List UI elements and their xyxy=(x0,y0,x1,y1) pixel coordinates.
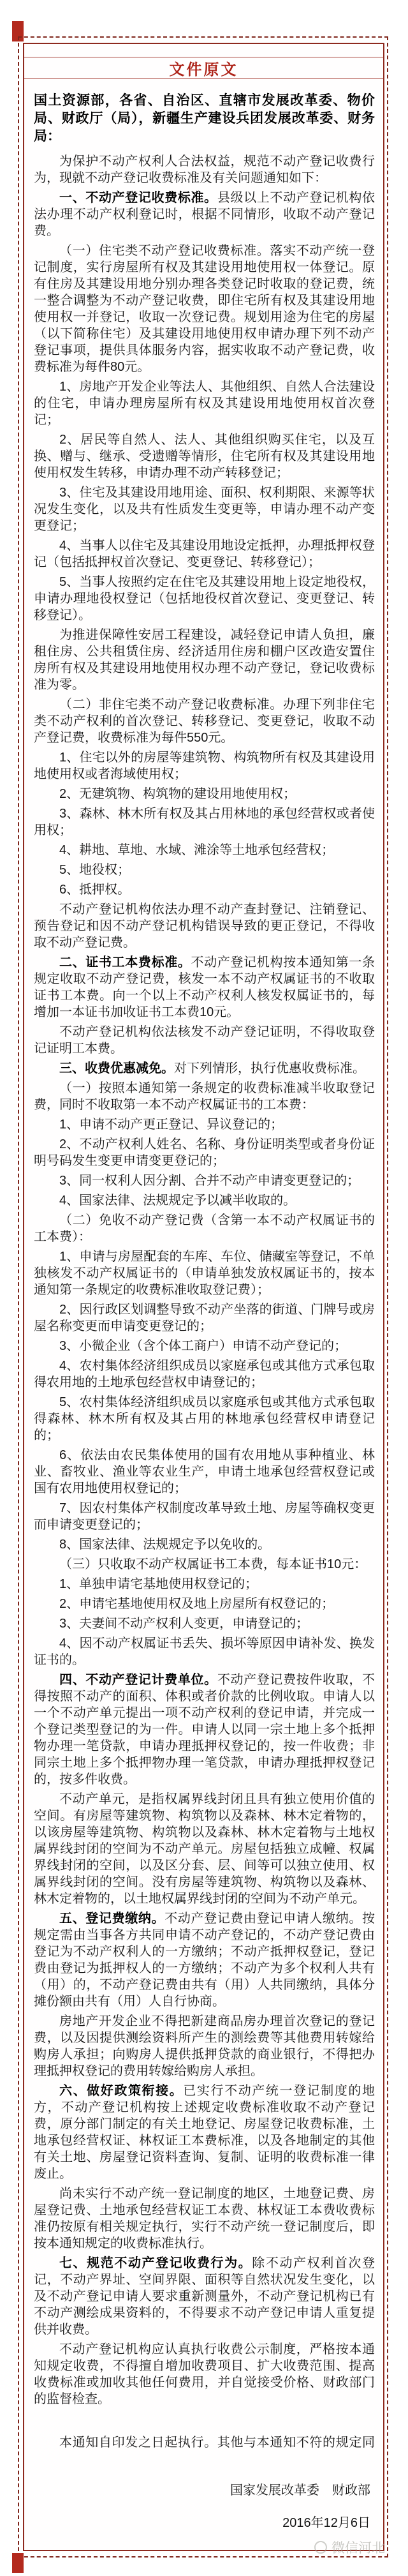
section-heading: 四、不动产登记计费单位。 xyxy=(59,1673,217,1687)
section-heading: 三、收费优惠减免。 xyxy=(59,1061,174,1075)
addressee: 国土资源部，各省、自治区、直辖市发展改革委、物价局、财政厅（局），新疆生产建设兵… xyxy=(34,92,375,146)
section-heading: 五、登记费缴纳。 xyxy=(59,1912,164,1926)
page-title: 文件原文 xyxy=(170,57,238,79)
paragraph: 尚未实行不动产统一登记制度的地区，土地登记费、房屋登记费、土地承包经营权证工本费… xyxy=(34,2185,375,2252)
paragraph: 不动产单元，是指权属界线封闭且具有独立使用价值的空间。有房屋等建筑物、构筑物以及… xyxy=(34,1791,375,1907)
paragraph: 1、房地产开发企业等法人、其他组织、自然人合法建设的住宅，申请办理房屋所有权及其… xyxy=(34,378,375,428)
paragraph: 不动产登记机构依法核发不动产登记证明，不得收取登记证明工本费。 xyxy=(34,1024,375,1057)
paragraph: 3、森林、林木所有权及其占用林地的承包经营权或者使用权； xyxy=(34,805,375,839)
paragraph: 2、不动产权利人姓名、名称、身份证明类型或者身份证明号码发生变更申请变更登记的； xyxy=(34,1136,375,1169)
paragraph: 三、收费优惠减免。对下列情形，执行优惠收费标准。 xyxy=(34,1060,375,1077)
paragraph: （二）非住宅类不动产登记收费标准。办理下列非住宅类不动产权利的首次登记、转移登记… xyxy=(34,696,375,746)
paragraph: 六、做好政策衔接。已实行不动产统一登记制度的地方，不动产登记机构按上述规定收费标… xyxy=(34,2083,375,2182)
paragraph: 1、单独申请宅基地使用权登记的； xyxy=(34,1576,375,1592)
paragraph: 七、规范不动产登记收费行为。除不动产权利首次登记，不动产界址、空间界限、面积等自… xyxy=(34,2255,375,2338)
paragraph: 2、因行政区划调整导致不动产坐落的街道、门牌号或房屋名称变更而申请变更登记的； xyxy=(34,1301,375,1335)
section-heading: 一、不动产登记收费标准。 xyxy=(59,191,217,205)
paragraph: 为推进保障性安居工程建设，减轻登记申请人负担，廉租住房、公共租赁住房、经济适用住… xyxy=(34,627,375,693)
corner-accent-bottom xyxy=(12,2553,24,2573)
document-page: 文件原文 国土资源部，各省、自治区、直辖市发展改革委、物价局、财政厅（局），新疆… xyxy=(0,0,408,2576)
paragraph: 4、因不动产权属证书丢失、损坏等原因申请补发、换发证书的。 xyxy=(34,1635,375,1668)
signature: 国家发展改革委 财政部 xyxy=(230,2480,370,2498)
signature-block: 国家发展改革委 财政部 2016年12月6日 xyxy=(230,2480,370,2531)
paragraph: 3、同一权利人因分割、合并不动产申请变更登记的； xyxy=(34,1172,375,1189)
paragraph: 1、申请与房屋配套的车库、车位、储藏室等登记，不单独核发不动产权属证书的（申请单… xyxy=(34,1248,375,1298)
paragraph: （二）免收不动产登记费（含第一本不动产权属证书的工本费）： xyxy=(34,1212,375,1245)
paragraph: 6、抵押权。 xyxy=(34,881,375,898)
paragraph: 4、国家法律、法规规定予以减半收取的。 xyxy=(34,1192,375,1209)
paragraph: 8、国家法律、法规规定予以免收的。 xyxy=(34,1536,375,1553)
paragraph: 6、依法由农民集体使用的国有农用地从事种植业、林业、畜牧业、渔业等农业生产，申请… xyxy=(34,1447,375,1497)
paragraph: 房地产开发企业不得把新建商品房办理首次登记的登记费，以及因提供测绘资料所产生的测… xyxy=(34,2013,375,2079)
paragraph: 7、因农村集体产权制度改革导致土地、房屋等确权变更而申请变更登记的； xyxy=(34,1500,375,1533)
document-frame: 文件原文 国土资源部，各省、自治区、直辖市发展改革委、物价局、财政厅（局），新疆… xyxy=(23,43,384,2551)
paragraph: 不动产登记机构应认真执行收费公示制度，严格按本通知规定收费，不得擅自增加收费项目… xyxy=(34,2341,375,2408)
date: 2016年12月6日 xyxy=(230,2512,370,2531)
paragraph: 4、农村集体经济组织成员以家庭承包或其他方式承包取得农用地的土地承包经营权申请登… xyxy=(34,1358,375,1391)
paragraph: 4、当事人以住宅及其建设用地设定抵押，办理抵押权登记（包括抵押权首次登记、变更登… xyxy=(34,537,375,571)
paragraph: 2、无建筑物、构筑物的建设用地使用权； xyxy=(34,786,375,802)
paragraph: 1、住宅以外的房屋等建筑物、构筑物所有权及其建设用地使用权或者海域使用权； xyxy=(34,749,375,783)
section-heading: 七、规范不动产登记收费行为。 xyxy=(59,2256,252,2270)
section-heading: 二、证书工本费标准。 xyxy=(59,955,191,970)
paragraph: （一）住宅类不动产登记收费标准。落实不动产统一登记制度，实行房屋所有权及其建设用… xyxy=(34,243,375,375)
paragraph: 2、居民等自然人、法人、其他组织购买住宅，以及互换、赠与、继承、受遗赠等情形，住… xyxy=(34,431,375,481)
paragraph: 5、地役权； xyxy=(34,862,375,878)
paragraph: 四、不动产登记计费单位。不动产登记费按件收取，不得按照不动产的面积、体积或者价款… xyxy=(34,1672,375,1788)
paragraph: 二、证书工本费标准。不动产登记机构按本通知第一条规定收取不动产登记费，核发一本不… xyxy=(34,954,375,1021)
paragraph: 不动产登记机构依法办理不动产查封登记、注销登记、预告登记和因不动产登记机构错误导… xyxy=(34,901,375,951)
paragraph: 5、当事人按照约定在住宅及其建设用地上设定地役权，申请办理地役权登记（包括地役权… xyxy=(34,574,375,624)
paragraph: 2、申请宅基地使用权及地上房屋所有权登记的； xyxy=(34,1596,375,1612)
section-heading: 六、做好政策衔接。 xyxy=(59,2084,183,2098)
document-body: 国土资源部，各省、自治区、直辖市发展改革委、物价局、财政厅（局），新疆生产建设兵… xyxy=(24,79,383,2451)
paragraph: 3、住宅及其建设用地用途、面积、权利期限、来源等状况发生变化，以及共有性质发生变… xyxy=(34,484,375,534)
paragraph: 5、农村集体经济组织成员以家庭承包或其他方式承包取得森林、林木所有权及其占用的林… xyxy=(34,1394,375,1444)
header-spacer xyxy=(24,44,383,57)
paragraph: 4、耕地、草地、水域、滩涂等土地承包经营权； xyxy=(34,842,375,858)
paragraph: （一）按照本通知第一条规定的收费标准减半收取登记费，同时不收取第一本不动产权属证… xyxy=(34,1080,375,1113)
paragraph: 为保护不动产权利人合法权益，规范不动产登记收费行为，现就不动产登记收费标准及有关… xyxy=(34,153,375,186)
paragraph: 一、不动产登记收费标准。县级以上不动产登记机构依法办理不动产权利登记时，根据不同… xyxy=(34,190,375,239)
title-band: 文件原文 xyxy=(24,57,383,79)
paragraph: 3、小微企业（含个体工商户）申请不动产登记的； xyxy=(34,1338,375,1354)
paragraph: 五、登记费缴纳。不动产登记费由登记申请人缴纳。按规定需由当事各方共同申请不动产登… xyxy=(34,1910,375,2010)
paragraph: （三）只收取不动产权属证书工本费，每本证书10元： xyxy=(34,1556,375,1573)
paragraph: 本通知自印发之日起执行。其他与本通知不符的规定同时废止。 xyxy=(34,2434,375,2451)
paragraph: 3、夫妻间不动产权利人变更，申请登记的； xyxy=(34,1615,375,1632)
paragraph: 1、申请不动产更正登记、异议登记的； xyxy=(34,1116,375,1133)
